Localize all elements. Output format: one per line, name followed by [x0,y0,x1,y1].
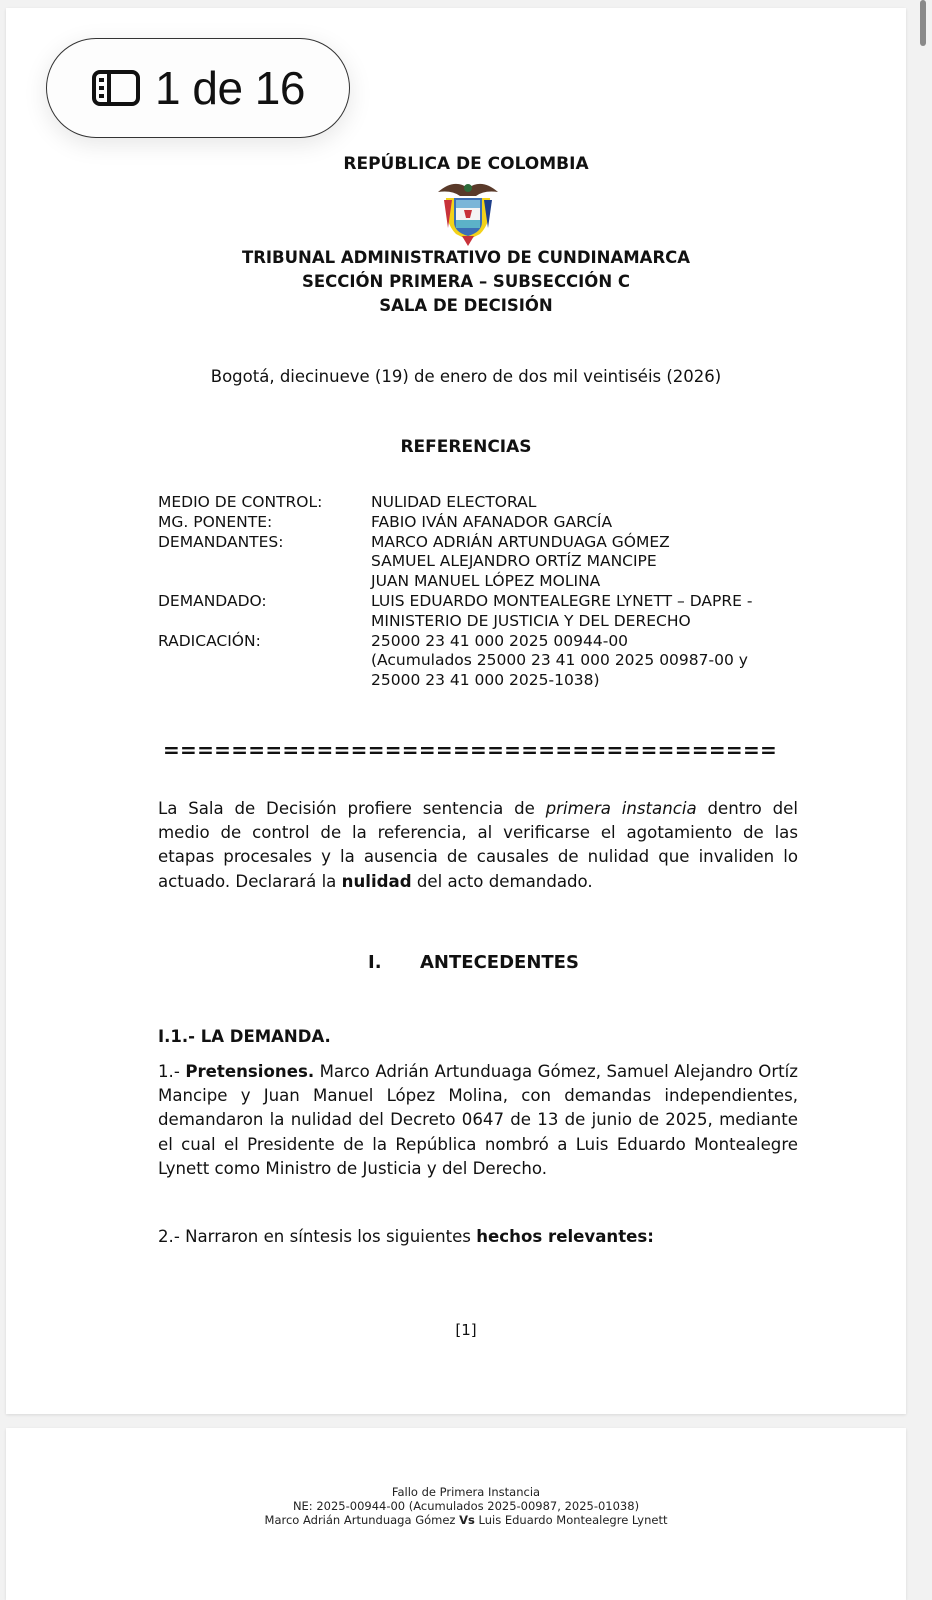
page-indicator-text: 1 de 16 [155,61,305,115]
reference-row: MG. PONENTE:FABIO IVÁN AFANADOR GARCÍA [158,513,752,533]
reference-label: MEDIO DE CONTROL: [158,493,371,513]
references-title: REFERENCIAS [0,437,932,457]
intro-paragraph: La Sala de Decisión profiere sentencia d… [158,797,798,894]
reference-values: 25000 23 41 000 2025 00944-00(Acumulados… [371,632,748,691]
section-heading: SECCIÓN PRIMERA – SUBSECCIÓN C [0,270,932,294]
page-number: [1] [0,1321,932,1339]
reference-row: DEMANDANTES:MARCO ADRIÁN ARTUNDUAGA GÓME… [158,533,752,592]
footer-vs: Vs [459,1513,475,1527]
reference-value: MARCO ADRIÁN ARTUNDUAGA GÓMEZ [371,533,670,553]
reference-values: MARCO ADRIÁN ARTUNDUAGA GÓMEZSAMUEL ALEJ… [371,533,670,592]
reference-value: (Acumulados 25000 23 41 000 2025 00987-0… [371,651,748,671]
reference-value: 25000 23 41 000 2025-1038) [371,671,748,691]
separator-line: ==================================== [163,738,777,762]
reference-row: DEMANDADO:LUIS EDUARDO MONTEALEGRE LYNET… [158,592,752,632]
intro-bold: nulidad [342,872,412,891]
reference-value: FABIO IVÁN AFANADOR GARCÍA [371,513,612,533]
reference-label: RADICACIÓN: [158,632,371,691]
la-demanda-heading: I.1.- LA DEMANDA. [158,1027,331,1046]
reference-value: JUAN MANUEL LÓPEZ MOLINA [371,572,670,592]
court-heading: TRIBUNAL ADMINISTRATIVO DE CUNDINAMARCA [0,246,932,270]
footer-line-3: Marco Adrián Artunduaga Gómez Vs Luis Ed… [0,1513,932,1527]
antecedentes-heading: I.ANTECEDENTES [368,952,579,973]
reference-values: NULIDAD ELECTORAL [371,493,536,513]
chamber-heading: SALA DE DECISIÓN [0,294,932,318]
reference-values: FABIO IVÁN AFANADOR GARCÍA [371,513,612,533]
intro-text-1: La Sala de Decisión profiere sentencia d… [158,799,546,818]
date-line: Bogotá, diecinueve (19) de enero de dos … [0,367,932,386]
footer: Fallo de Primera Instancia NE: 2025-0094… [0,1485,932,1527]
coat-of-arms-icon [436,178,500,246]
footer-line-1: Fallo de Primera Instancia [0,1485,932,1499]
reference-row: RADICACIÓN:25000 23 41 000 2025 00944-00… [158,632,752,691]
scrollbar[interactable] [920,0,926,46]
item1-prefix: 1.- [158,1062,185,1081]
footer-plaintiff: Marco Adrián Artunduaga Gómez [265,1513,460,1527]
footer-defendant: Luis Eduardo Montealegre Lynett [475,1513,668,1527]
item2-prefix: 2.- Narraron en síntesis los siguientes [158,1227,476,1246]
references-table: MEDIO DE CONTROL:NULIDAD ELECTORALMG. PO… [158,493,752,691]
intro-italic: primera instancia [546,799,697,818]
intro-text-3: del acto demandado. [412,872,593,891]
reference-value: NULIDAD ELECTORAL [371,493,536,513]
reference-value: LUIS EDUARDO MONTEALEGRE LYNETT – DAPRE … [371,592,752,612]
pretensiones-paragraph: 1.- Pretensiones. Marco Adrián Artunduag… [158,1060,798,1181]
reference-value: 25000 23 41 000 2025 00944-00 [371,632,748,652]
hechos-paragraph: 2.- Narraron en síntesis los siguientes … [158,1225,798,1249]
item2-bold: hechos relevantes: [476,1227,654,1246]
reference-value: SAMUEL ALEJANDRO ORTÍZ MANCIPE [371,552,670,572]
section-title: ANTECEDENTES [420,952,579,973]
reference-label: DEMANDADO: [158,592,371,632]
item1-bold: Pretensiones. [185,1062,314,1081]
reference-row: MEDIO DE CONTROL:NULIDAD ELECTORAL [158,493,752,513]
section-number: I. [368,952,420,973]
reference-label: MG. PONENTE: [158,513,371,533]
country-heading: REPÚBLICA DE COLOMBIA [0,154,932,174]
reference-values: LUIS EDUARDO MONTEALEGRE LYNETT – DAPRE … [371,592,752,632]
footer-line-2: NE: 2025-00944-00 (Acumulados 2025-00987… [0,1499,932,1513]
reference-label: DEMANDANTES: [158,533,371,592]
reference-value: MINISTERIO DE JUSTICIA Y DEL DERECHO [371,612,752,632]
sidebar-thumbnails-icon [91,69,141,107]
page-indicator-button[interactable]: 1 de 16 [46,38,350,138]
